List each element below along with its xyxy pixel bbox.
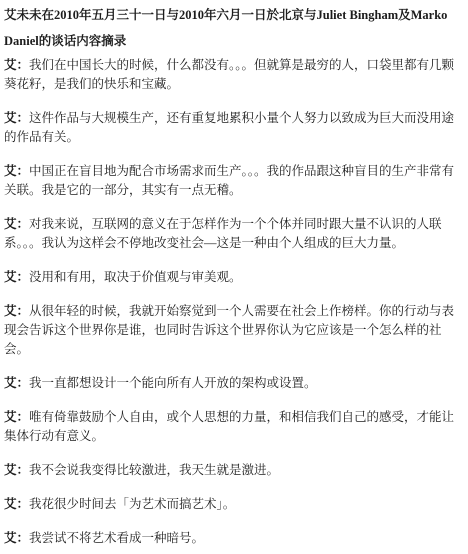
- quote-text: 唯有倚靠鼓励个人自由，或个人思想的力量，和相信我们自己的感受，才能让集体行动有意…: [4, 410, 454, 443]
- document-page: 艾未未在2010年五月三十一日与2010年六月一日於北京与Juliet Bing…: [0, 0, 468, 554]
- speaker-label: 艾：: [4, 58, 29, 72]
- quote-paragraph: 艾：我不会说我变得比较激进，我天生就是激进。: [4, 461, 465, 480]
- quote-paragraph: 艾：对我来说，互联网的意义在于怎样作为一个个体并同时跟大量不认识的人联系。。。我…: [4, 215, 465, 253]
- speaker-label: 艾：: [4, 531, 29, 545]
- speaker-label: 艾：: [4, 304, 29, 318]
- speaker-label: 艾：: [4, 463, 29, 477]
- quote-text: 没用和有用，取决于价值观与审美观。: [29, 270, 242, 284]
- quote-paragraph: 艾：我花很少时间去「为艺术而搞艺术」。: [4, 495, 465, 514]
- quote-paragraph: 艾：从很年轻的时候，我就开始察觉到一个人需要在社会上作榜样。你的行动与表现会告诉…: [4, 302, 465, 359]
- speaker-label: 艾：: [4, 217, 29, 231]
- quote-text: 我一直都想设计一个能向所有人开放的架构或设置。: [29, 376, 317, 390]
- speaker-label: 艾：: [4, 497, 29, 511]
- quote-text: 中国正在盲目地为配合市场需求而生产。。。我的作品跟这种盲目的生产非常有关联。我是…: [4, 164, 454, 197]
- quote-text: 我花很少时间去「为艺术而搞艺术」。: [29, 497, 235, 511]
- quote-text: 我们在中国长大的时候，什么都没有。。。但就算是最穷的人，口袋里都有几颗葵花籽，是…: [4, 58, 454, 91]
- quote-text: 我尝试不将艺术看成一种暗号。: [29, 531, 204, 545]
- speaker-label: 艾：: [4, 164, 29, 178]
- speaker-label: 艾：: [4, 270, 29, 284]
- quote-paragraph: 艾：我们在中国长大的时候，什么都没有。。。但就算是最穷的人，口袋里都有几颗葵花籽…: [4, 56, 465, 94]
- quote-text: 我不会说我变得比较激进，我天生就是激进。: [29, 463, 279, 477]
- quote-text: 从很年轻的时候，我就开始察觉到一个人需要在社会上作榜样。你的行动与表现会告诉这个…: [4, 304, 454, 356]
- quote-paragraph: 艾：唯有倚靠鼓励个人自由，或个人思想的力量，和相信我们自己的感受，才能让集体行动…: [4, 408, 465, 446]
- quote-paragraph: 艾：这件作品与大规模生产，还有重复地累积小量个人努力以致成为巨大而没用途的作品有…: [4, 109, 465, 147]
- quote-text: 对我来说，互联网的意义在于怎样作为一个个体并同时跟大量不认识的人联系。。。我认为…: [4, 217, 442, 250]
- quote-text: 这件作品与大规模生产，还有重复地累积小量个人努力以致成为巨大而没用途的作品有关。: [4, 111, 454, 144]
- speaker-label: 艾：: [4, 376, 29, 390]
- speaker-label: 艾：: [4, 410, 29, 424]
- quote-paragraph: 艾：我尝试不将艺术看成一种暗号。: [4, 529, 465, 548]
- quote-paragraph: 艾：没用和有用，取决于价值观与审美观。: [4, 268, 465, 287]
- document-title: 艾未未在2010年五月三十一日与2010年六月一日於北京与Juliet Bing…: [4, 2, 465, 54]
- quote-paragraph: 艾：中国正在盲目地为配合市场需求而生产。。。我的作品跟这种盲目的生产非常有关联。…: [4, 162, 465, 200]
- speaker-label: 艾：: [4, 111, 29, 125]
- quote-paragraph: 艾：我一直都想设计一个能向所有人开放的架构或设置。: [4, 374, 465, 393]
